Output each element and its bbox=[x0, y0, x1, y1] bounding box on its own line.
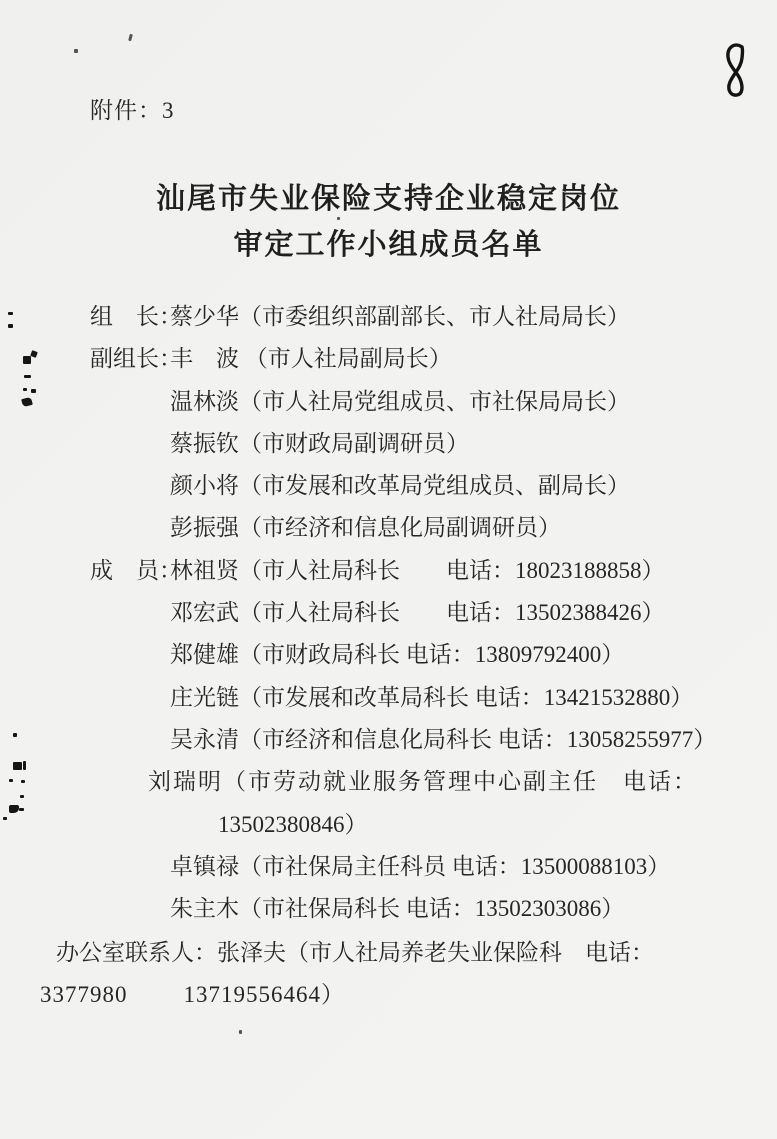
ink-speck bbox=[20, 795, 24, 798]
ink-speck bbox=[9, 779, 13, 782]
roster-line: 蔡振钦（市财政局副调研员） bbox=[90, 423, 740, 465]
ink-speck bbox=[74, 49, 78, 53]
member-entry: 颜小将（市发展和改革局党组成员、副局长） bbox=[170, 473, 630, 498]
member-entry: 刘瑞明（市劳动就业服务管理中心副主任 电话： bbox=[148, 769, 698, 794]
role-label: 成 员： bbox=[90, 550, 170, 592]
ink-speck bbox=[19, 808, 24, 811]
member-roster: 组 长：蔡少华（市委组织部副部长、市人社局局长） 副组长：丰 波 （市人社局副局… bbox=[90, 296, 740, 930]
member-entry: 彭振强（市经济和信息化局副调研员） bbox=[170, 515, 561, 540]
member-entry: 吴永清（市经济和信息化局科长 电话：13058255977） bbox=[170, 727, 716, 752]
office-phone-1: 3377980 bbox=[40, 982, 128, 1007]
ink-speck bbox=[24, 375, 31, 378]
member-entry: 13502380846） bbox=[218, 812, 368, 837]
member-entry: 邓宏武（市人社局科长 电话：13502388426） bbox=[170, 600, 665, 625]
ink-speck bbox=[8, 324, 13, 328]
roster-line: 颜小将（市发展和改革局党组成员、副局长） bbox=[90, 465, 740, 507]
document-title: 汕尾市失业保险支持企业稳定岗位 审定工作小组成员名单 bbox=[0, 176, 777, 268]
ink-speck bbox=[13, 762, 22, 770]
roster-line-leader: 组 长：蔡少华（市委组织部副部长、市人社局局长） bbox=[90, 296, 740, 338]
roster-line: 刘瑞明（市劳动就业服务管理中心副主任 电话： bbox=[90, 761, 740, 803]
member-entry: 朱主木（市社保局科长 电话：13502303086） bbox=[170, 896, 624, 921]
office-contact-line: 办公室联系人：张泽夫（市人社局养老失业保险科 电话： bbox=[0, 932, 777, 974]
scanned-document-page: 附件：3 汕尾市失业保险支持企业稳定岗位 审定工作小组成员名单 组 长：蔡少华（… bbox=[0, 0, 777, 1139]
member-entry: 温林淡（市人社局党组成员、市社保局局长） bbox=[170, 389, 630, 414]
roster-line: 庄光链（市发展和改革局科长 电话：13421532880） bbox=[90, 677, 740, 719]
ink-speck bbox=[23, 356, 31, 364]
ink-speck bbox=[337, 217, 340, 220]
ink-speck bbox=[23, 388, 27, 391]
office-phone-2: 13719556464） bbox=[184, 982, 346, 1007]
title-line-1: 汕尾市失业保险支持企业稳定岗位 bbox=[0, 176, 777, 222]
roster-line: 朱主木（市社保局科长 电话：13502303086） bbox=[90, 888, 740, 930]
roster-line-members: 成 员：林祖贤（市人社局科长 电话：18023188858） bbox=[90, 550, 740, 592]
roster-line: 邓宏武（市人社局科长 电话：13502388426） bbox=[90, 592, 740, 634]
roster-line: 卓镇禄（市社保局主任科员 电话：13500088103） bbox=[90, 846, 740, 888]
title-line-2: 审定工作小组成员名单 bbox=[0, 222, 777, 268]
member-entry: 卓镇禄（市社保局主任科员 电话：13500088103） bbox=[170, 854, 670, 879]
roster-line: 吴永清（市经济和信息化局科长 电话：13058255977） bbox=[90, 719, 740, 761]
ink-speck bbox=[3, 817, 7, 820]
ink-speck bbox=[13, 733, 17, 737]
member-entry: 蔡振钦（市财政局副调研员） bbox=[170, 431, 469, 456]
role-label: 组 长： bbox=[90, 296, 170, 338]
member-entry: 郑健雄（市财政局科长 电话：13809792400） bbox=[170, 642, 624, 667]
role-label: 副组长： bbox=[90, 338, 170, 380]
member-entry: 丰 波 （市人社局副局长） bbox=[170, 346, 452, 371]
roster-line-continuation: 13502380846） bbox=[90, 804, 740, 846]
ink-speck bbox=[23, 761, 26, 770]
ink-speck bbox=[239, 1030, 242, 1034]
ink-speck bbox=[21, 397, 33, 407]
roster-line: 郑健雄（市财政局科长 电话：13809792400） bbox=[90, 634, 740, 676]
ink-speck bbox=[9, 805, 19, 813]
ink-speck bbox=[128, 34, 133, 42]
attachment-label: 附件：3 bbox=[90, 92, 175, 125]
ink-speck bbox=[21, 780, 25, 783]
member-entry: 林祖贤（市人社局科长 电话：18023188858） bbox=[170, 558, 665, 583]
office-contact-phones: 337798013719556464） bbox=[0, 974, 777, 1016]
ink-speck bbox=[8, 312, 13, 315]
roster-line-deputy-leader: 副组长：丰 波 （市人社局副局长） bbox=[90, 338, 740, 380]
roster-line: 温林淡（市人社局党组成员、市社保局局长） bbox=[90, 381, 740, 423]
office-contact: 办公室联系人：张泽夫（市人社局养老失业保险科 电话： 3377980137195… bbox=[0, 932, 777, 1017]
ink-speck bbox=[31, 389, 36, 393]
handwritten-page-number-icon bbox=[714, 40, 756, 102]
member-entry: 蔡少华（市委组织部副部长、市人社局局长） bbox=[170, 304, 630, 329]
member-entry: 庄光链（市发展和改革局科长 电话：13421532880） bbox=[170, 685, 693, 710]
roster-line: 彭振强（市经济和信息化局副调研员） bbox=[90, 507, 740, 549]
ink-speck bbox=[30, 350, 38, 358]
